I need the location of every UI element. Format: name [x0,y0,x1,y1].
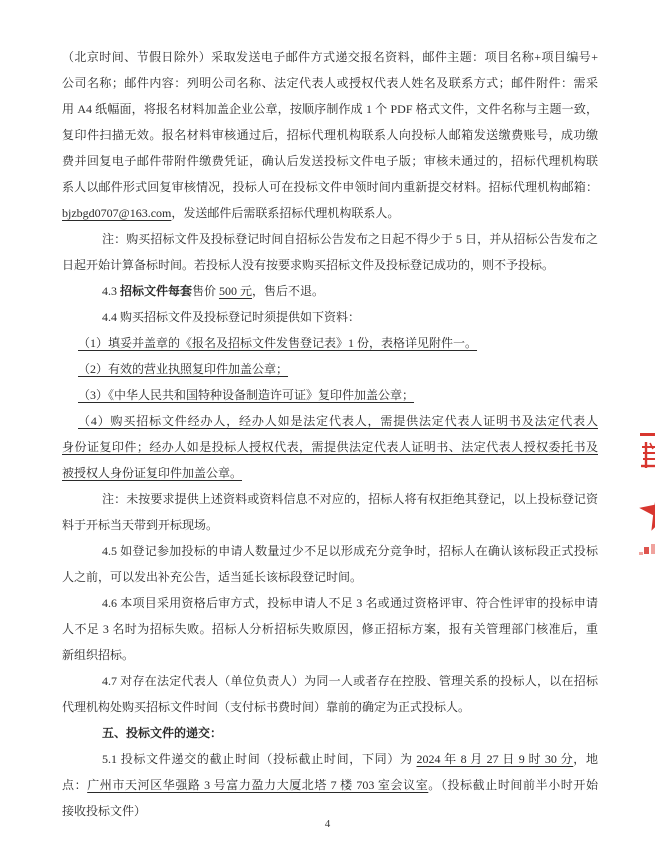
text-run: 系人以邮件形式回复审核情况，投标人可在投标文件申领时间内重新提交材料。招标代理机… [62,180,598,194]
text-run: 公司名称；邮件内容：列明公司名称、法定代表人或授权代表人姓名及联系方式；邮件附件… [62,76,598,90]
text-run: ，发送邮件后需联系招标代理机构联系人。 [171,206,399,220]
text-run: 2024 年 8 月 27 日 9 时 30 分 [416,752,573,766]
text-run: 注：购买招标文件及投标登记时间自招标公告发布之日起不得少于 5 日，并从招标公告… [102,232,598,246]
text-line: （2）有效的营业执照复印件加盖公章； [62,356,598,382]
document-body: （北京时间、节假日除外）采取发送电子邮件方式递交报名资料，邮件主题：项目名称+项… [62,44,598,824]
text-line: 注：购买招标文件及投标登记时间自招标公告发布之日起不得少于 5 日，并从招标公告… [62,226,598,252]
text-line: 人之前，可以发出补充公告，适当延长该标段登记时间。 [62,564,598,590]
text-line: （4）购买招标文件经办人，经办人如是法定代表人，需提供法定代表人证明书及法定代表… [62,408,598,434]
text-line: 五、投标文件的递交： [62,720,598,746]
text-run: 五、投标文件的递交： [102,726,222,740]
text-line: 复印件扫描无效。报名材料审核通过后，招标代理机构联系人向投标人邮箱发送缴费账号，… [62,122,598,148]
text-line: 公司名称；邮件内容：列明公司名称、法定代表人或授权代表人姓名及联系方式；邮件附件… [62,70,598,96]
text-run: 身份证复印件；经办人如是投标人授权代表，需提供法定代表人证明书、法定代表人授权委… [62,440,598,454]
text-run: 广州市天河区华强路 3 号富力盈力大厦北塔 7 楼 703 室会议室 [87,778,428,792]
text-run: 人不足 3 名时为招标失败。招标人分析招标失败原因，修正招标方案，报有关管理部门… [62,622,598,636]
text-line: 用 A4 纸幅面，将报名材料加盖企业公章，按顺序制作成 1 个 PDF 格式文件… [62,96,598,122]
text-line: 系人以邮件形式回复审核情况，投标人可在投标文件申领时间内重新提交材料。招标代理机… [62,174,598,200]
email-address: bjzbgd0707@163.com [62,206,171,220]
text-run: 。（投标截止时间前半小时开始 [428,778,598,792]
text-line: 身份证复印件；经办人如是投标人授权代表，需提供法定代表人证明书、法定代表人授权委… [62,434,598,460]
text-line: 4.3 招标文件每套售价 500 元，售后不退。 [62,278,598,304]
text-line: 4.4 购买招标文件及投标登记时须提供如下资料： [62,304,598,330]
text-line: （1）填妥并盖章的《报名及招标文件发售登记表》1 份，表格详见附件一。 [62,330,598,356]
text-line: （3）《中华人民共和国特种设备制造许可证》复印件加盖公章； [62,382,598,408]
seal-star-icon [639,489,655,531]
text-line: 4.7 对存在法定代表人（单位负责人）为同一人或者存在控股、管理关系的投标人，以… [62,668,598,694]
text-run: 人之前，可以发出补充公告，适当延长该标段登记时间。 [62,570,362,584]
seal-mark-fragment [639,544,655,555]
text-line: 5.1 投标文件递交的截止时间（投标截止时间，下同）为 2024 年 8 月 2… [62,746,598,772]
text-run: （1）填妥并盖章的《报名及招标文件发售登记表》1 份，表格详见附件一。 [78,336,477,350]
text-run: 接收投标文件） [62,804,146,818]
text-run: 点： [62,778,87,792]
text-run: 500 元 [219,284,252,298]
text-run: 4.7 对存在法定代表人（单位负责人）为同一人或者存在控股、管理关系的投标人，以… [102,674,598,688]
text-line: 人不足 3 名时为招标失败。招标人分析招标失败原因，修正招标方案，报有关管理部门… [62,616,598,642]
text-line: （北京时间、节假日除外）采取发送电子邮件方式递交报名资料，邮件主题：项目名称+项… [62,44,598,70]
text-run: 5.1 投标文件递交的截止时间（投标截止时间，下同）为 [102,752,416,766]
text-run: 4.3 [102,284,120,298]
text-run: ，地 [573,752,598,766]
text-run: 费并回复电子邮件带附件缴费凭证，确认后发送投标文件电子版；审核未通过的，招标代理… [62,154,598,168]
text-line: 日起开始计算备标时间。若投标人没有按要求购买招标文件及投标登记成功的，则不予投标… [62,252,598,278]
text-line: 注：未按要求提供上述资料或资料信息不对应的，招标人将有权拒绝其登记，以上投标登记… [62,486,598,512]
text-run: 注：未按要求提供上述资料或资料信息不对应的，招标人将有权拒绝其登记，以上投标登记… [102,492,598,506]
text-line: 4.5 如登记参加投标的申请人数量过少不足以形成充分竞争时，招标人在确认该标段正… [62,538,598,564]
document-page: （北京时间、节假日除外）采取发送电子邮件方式递交报名资料，邮件主题：项目名称+项… [0,0,655,857]
text-run: 4.6 本项目采用资格后审方式，投标申请人不足 3 名或通过资格评审、符合性评审… [102,596,598,610]
text-run: 新组织招标。 [62,648,134,662]
text-line: 费并回复电子邮件带附件缴费凭证，确认后发送投标文件电子版；审核未通过的，招标代理… [62,148,598,174]
text-line: 被授权人身份证复印件加盖公章。 [62,460,598,486]
text-line: 代理机构处购买招标文件时间（支付标书费时间）靠前的确定为正式投标人。 [62,694,598,720]
text-line: 点：广州市天河区华强路 3 号富力盈力大厦北塔 7 楼 703 室会议室。（投标… [62,772,598,798]
text-run: 复印件扫描无效。报名材料审核通过后，招标代理机构联系人向投标人邮箱发送缴费账号，… [62,128,598,142]
text-run: 被授权人身份证复印件加盖公章。 [62,466,242,480]
text-run: 日起开始计算备标时间。若投标人没有按要求购买招标文件及投标登记成功的，则不予投标… [62,258,554,272]
text-run: 售价 [192,284,219,298]
text-line: 料于开标当天带到开标现场。 [62,512,598,538]
text-run: 代理机构处购买招标文件时间（支付标书费时间）靠前的确定为正式投标人。 [62,700,470,714]
text-run: 料于开标当天带到开标现场。 [62,518,218,532]
text-run: 4.5 如登记参加投标的申请人数量过少不足以形成充分竞争时，招标人在确认该标段正… [102,544,598,558]
text-run: ，售后不退。 [252,284,324,298]
text-line: 新组织招标。 [62,642,598,668]
text-run: （2）有效的营业执照复印件加盖公章； [78,362,288,376]
text-run: 用 A4 纸幅面，将报名材料加盖企业公章，按顺序制作成 1 个 PDF 格式文件… [62,102,598,116]
text-run: （4）购买招标文件经办人，经办人如是法定代表人，需提供法定代表人证明书及法定代表… [78,414,598,428]
text-run: 4.4 购买招标文件及投标登记时须提供如下资料： [102,310,360,324]
text-line: bjzbgd0707@163.com，发送邮件后需联系招标代理机构联系人。 [62,200,598,226]
text-line: 4.6 本项目采用资格后审方式，投标申请人不足 3 名或通过资格评审、符合性评审… [62,590,598,616]
red-seal-fragment [631,428,655,560]
text-run: （3）《中华人民共和国特种设备制造许可证》复印件加盖公章； [78,388,414,402]
text-run: （北京时间、节假日除外）采取发送电子邮件方式递交报名资料，邮件主题：项目名称+项… [62,50,598,64]
seal-text-fragment [640,433,655,468]
page-number: 4 [0,818,655,830]
text-run: 招标文件每套 [120,284,192,298]
